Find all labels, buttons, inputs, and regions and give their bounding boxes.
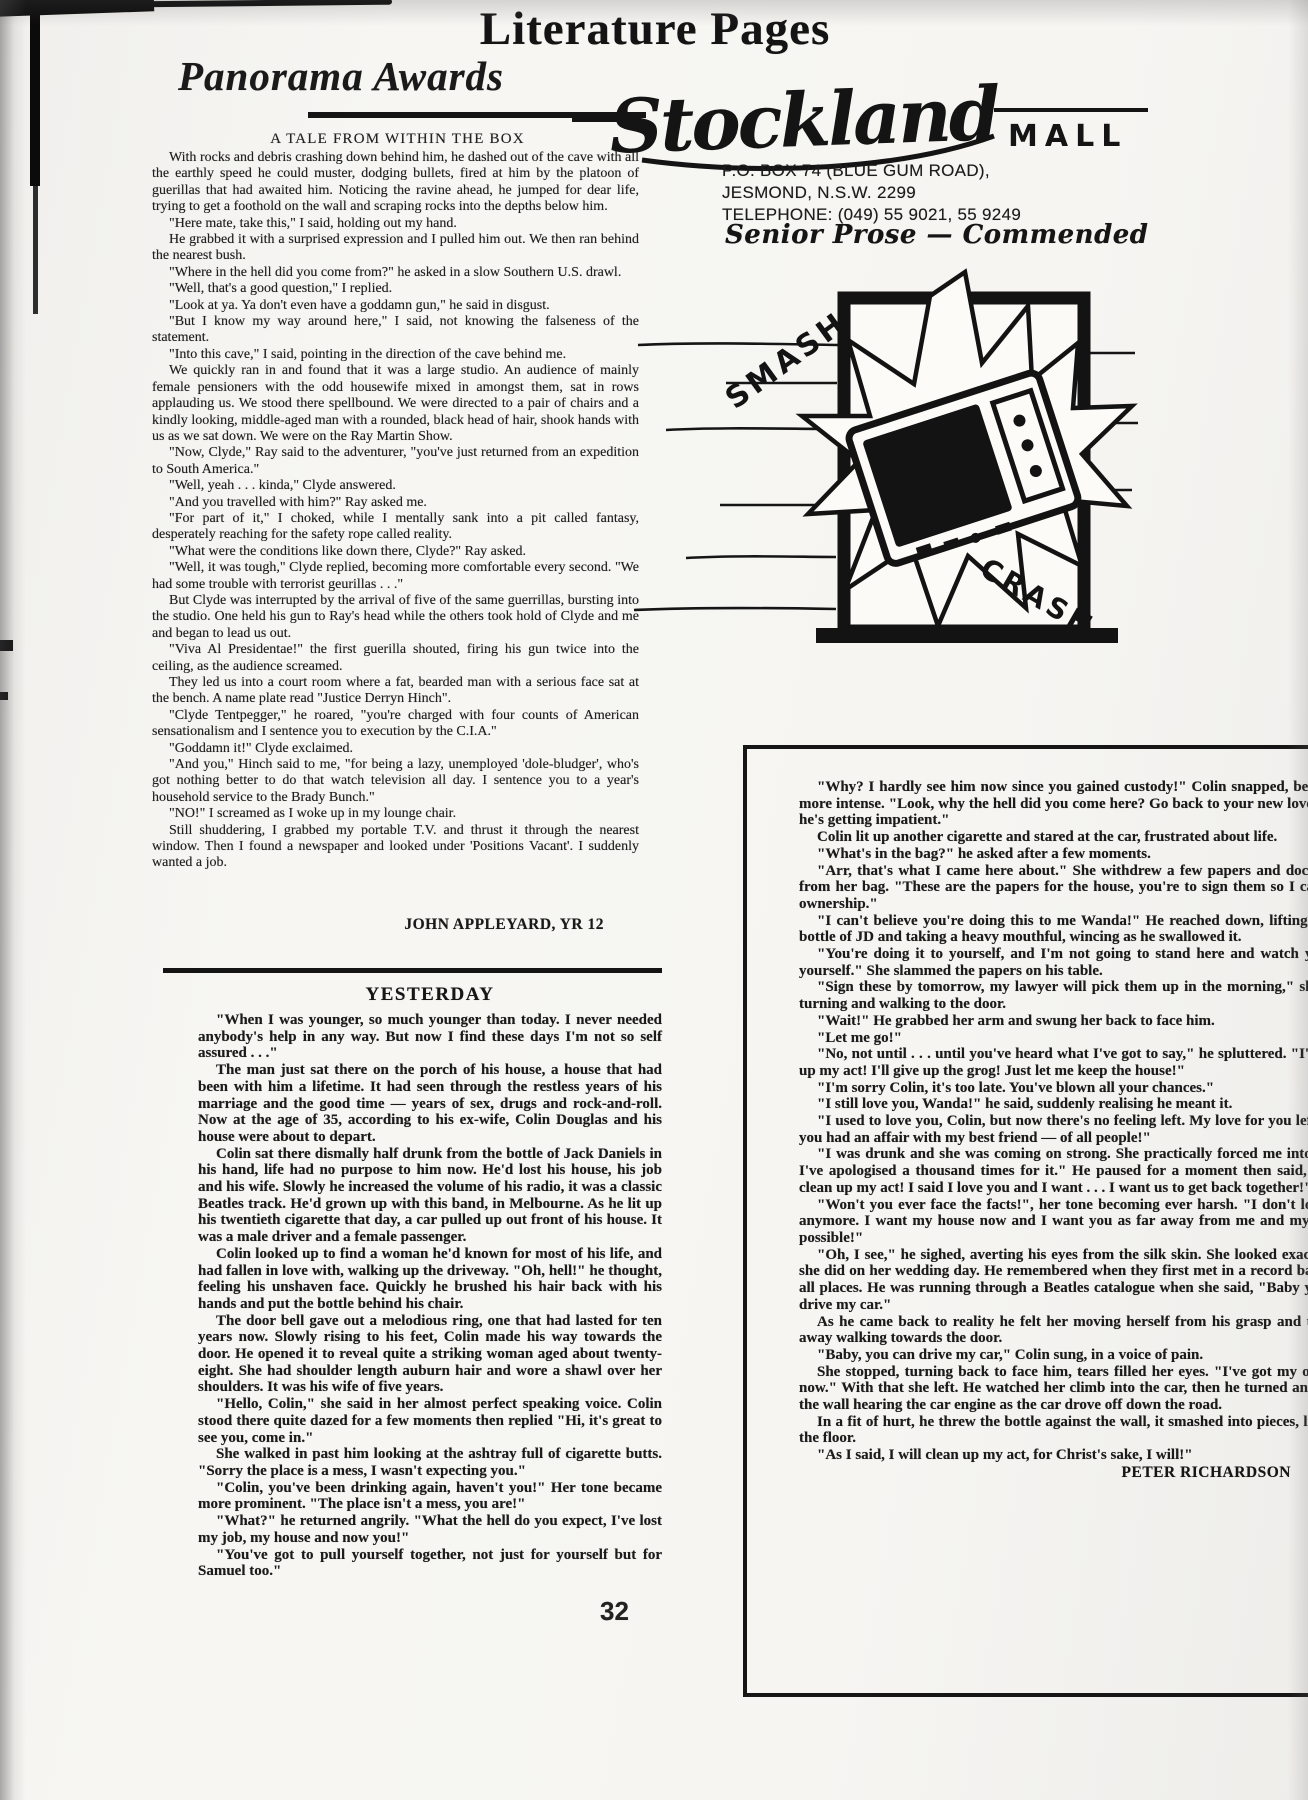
story-paragraph: "Sign these by tomorrow, my lawyer will … — [799, 979, 1308, 1012]
story-paragraph: "Into this cave," I said, pointing in th… — [152, 347, 639, 363]
story-paragraph: She stopped, turning back to face him, t… — [799, 1364, 1308, 1414]
story-paragraph: "I used to love you, Colin, but now ther… — [799, 1113, 1308, 1146]
story-paragraph: "NO!" I screamed as I woke up in my loun… — [152, 806, 639, 822]
story-paragraph: "Colin, you've been drinking again, have… — [198, 1480, 662, 1513]
story-paragraph: "I can't believe you're doing this to me… — [799, 913, 1308, 946]
story-paragraph: He grabbed it with a surprised expressio… — [152, 232, 639, 265]
story-paragraph: "What were the conditions like down ther… — [152, 544, 639, 560]
story-paragraph: "Hello, Colin," she said in her almost p… — [198, 1396, 662, 1446]
story-paragraph: Colin sat there dismally half drunk from… — [198, 1146, 662, 1246]
story-paragraph: "I was drunk and she was coming on stron… — [799, 1146, 1308, 1196]
ad-address: P.O. BOX 74 (BLUE GUM ROAD),JESMOND, N.S… — [722, 160, 1021, 226]
story-paragraph: "Goddamn it!" Clyde exclaimed. — [152, 741, 639, 757]
story2-byline: PETER RICHARDSON — [799, 1464, 1308, 1482]
story-paragraph: Colin looked up to find a woman he'd kno… — [198, 1246, 662, 1313]
story-paragraph: The man just sat there on the porch of h… — [198, 1062, 662, 1146]
story2-left-column: "When I was younger, so much younger tha… — [198, 1012, 662, 1580]
story2-continuation-box: "Why? I hardly see him now since you gai… — [743, 745, 1308, 1697]
story-paragraph: "Let me go!" — [799, 1030, 1308, 1047]
story-paragraph: "Wait!" He grabbed her arm and swung her… — [799, 1013, 1308, 1030]
story-paragraph: "When I was younger, so much younger tha… — [198, 1012, 662, 1062]
sfx-smash-text: SMASH — [719, 305, 854, 416]
story1-title: A TALE FROM WITHIN THE BOX — [155, 131, 640, 148]
award-heading: Senior Prose — Commended — [725, 220, 1148, 250]
story-paragraph: "I still love you, Wanda!" he said, sudd… — [799, 1096, 1308, 1113]
ad-address-line: JESMOND, N.S.W. 2299 — [722, 182, 1021, 204]
page-edge-shadow-left — [0, 0, 26, 1800]
window-sill — [816, 628, 1118, 643]
story-paragraph: "And you travelled with him?" Ray asked … — [152, 495, 639, 511]
story-paragraph: As he came back to reality he felt her m… — [799, 1314, 1308, 1347]
page-title: Literature Pages — [375, 2, 935, 56]
story-paragraph: "Viva Al Presidentae!" the first guerill… — [152, 642, 639, 675]
story-paragraph: Colin lit up another cigarette and stare… — [799, 829, 1308, 846]
story-paragraph: In a fit of hurt, he threw the bottle ag… — [799, 1414, 1308, 1447]
tv-crash-illustration: SMASH CRASH — [630, 258, 1140, 673]
story-paragraph: "Baby, you can drive my car," Colin sung… — [799, 1347, 1308, 1364]
magazine-page: Literature Pages Panorama Awards Stockla… — [0, 0, 1308, 1800]
story-paragraph: "But I know my way around here," I said,… — [152, 314, 639, 347]
story-paragraph: With rocks and debris crashing down behi… — [152, 150, 639, 216]
scan-artifact — [30, 14, 40, 186]
logo-script-text: Stockland — [608, 71, 1001, 171]
story-paragraph: "And you," Hinch said to me, "for being … — [152, 757, 639, 806]
story-paragraph: "Now, Clyde," Ray said to the adventurer… — [152, 445, 639, 478]
story2-right-column: "Why? I hardly see him now since you gai… — [799, 779, 1308, 1464]
story-paragraph: "What?" he returned angrily. "What the h… — [198, 1513, 662, 1546]
scan-artifact — [0, 640, 13, 651]
story-paragraph: But Clyde was interrupted by the arrival… — [152, 593, 639, 642]
story-paragraph: She walked in past him looking at the as… — [198, 1446, 662, 1479]
story-paragraph: "For part of it," I choked, while I ment… — [152, 511, 639, 544]
story-paragraph: "Oh, I see," he sighed, averting his eye… — [799, 1247, 1308, 1314]
scan-artifact — [140, 0, 392, 7]
story-paragraph: "Won't you ever face the facts!", her to… — [799, 1197, 1308, 1247]
story-paragraph: "Why? I hardly see him now since you gai… — [799, 779, 1308, 829]
section-divider — [163, 968, 662, 973]
story-paragraph: "Well, that's a good question," I replie… — [152, 281, 639, 297]
story-paragraph: "Here mate, take this," I said, holding … — [152, 216, 639, 232]
scan-artifact — [0, 0, 154, 17]
logo-mall-text: MALL — [1008, 119, 1127, 154]
story-paragraph: "Well, yeah . . . kinda," Clyde answered… — [152, 478, 639, 494]
story-paragraph: "You're doing it to yourself, and I'm no… — [799, 946, 1308, 979]
story-paragraph: Still shuddering, I grabbed my portable … — [152, 823, 639, 872]
story2-title: YESTERDAY — [200, 984, 660, 1006]
page-number: 32 — [600, 1596, 629, 1627]
story-paragraph: "Clyde Tentpegger," he roared, "you're c… — [152, 708, 639, 741]
story-paragraph: "No, not until . . . until you've heard … — [799, 1046, 1308, 1079]
story-paragraph: "Well, it was tough," Clyde replied, bec… — [152, 560, 639, 593]
story-paragraph: "What's in the bag?" he asked after a fe… — [799, 846, 1308, 863]
story-paragraph: "As I said, I will clean up my act, for … — [799, 1447, 1308, 1464]
scan-artifact — [33, 184, 38, 314]
story-paragraph: They led us into a court room where a fa… — [152, 675, 639, 708]
story1-byline: JOHN APPLEYARD, YR 12 — [152, 916, 604, 934]
scan-artifact — [0, 692, 8, 700]
story-paragraph: "Look at ya. Ya don't even have a goddam… — [152, 298, 639, 314]
section-title: Panorama Awards — [178, 52, 504, 100]
story-paragraph: "I'm sorry Colin, it's too late. You've … — [799, 1080, 1308, 1097]
story1-body: With rocks and debris crashing down behi… — [152, 150, 639, 872]
story-paragraph: "You've got to pull yourself together, n… — [198, 1547, 662, 1580]
ad-address-line: P.O. BOX 74 (BLUE GUM ROAD), — [722, 160, 1021, 182]
story-paragraph: "Arr, that's what I came here about." Sh… — [799, 863, 1308, 913]
story-paragraph: The door bell gave out a melodious ring,… — [198, 1313, 662, 1397]
story-paragraph: "Where in the hell did you come from?" h… — [152, 265, 639, 281]
story-paragraph: We quickly ran in and found that it was … — [152, 363, 639, 445]
